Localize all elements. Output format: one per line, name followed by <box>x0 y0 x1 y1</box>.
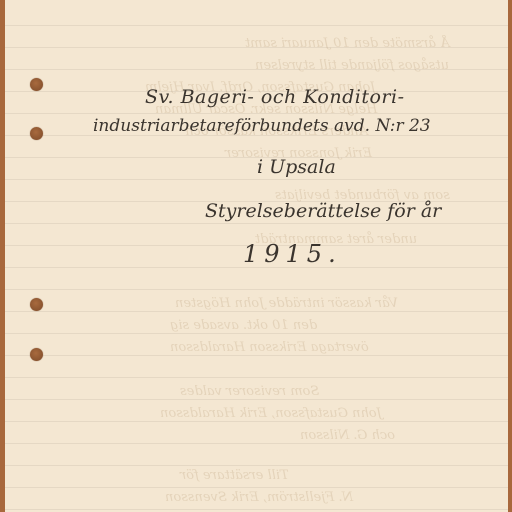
bleed-through-text: N. Fjellström, Erik Svensson <box>165 490 353 505</box>
ledger-page: Å årsmöte den 10 Januari samt utsågos fö… <box>5 0 508 512</box>
bleed-through-text: Vår kassör inträdde John Högsten <box>175 296 398 311</box>
bleed-through-text: den 10 okt. avsade sig <box>170 318 317 333</box>
bleed-through-text: John Gustafsson, Erik Haraldsson <box>160 406 382 421</box>
punch-hole <box>30 348 43 361</box>
bleed-through-text: och G. Nilsson <box>300 428 395 443</box>
heading-line-federation-section: industriarbetareförbundets avd. N:r 23 <box>93 116 431 136</box>
punch-hole <box>30 298 43 311</box>
bleed-through-text: Som revisorer valdes <box>180 384 319 399</box>
heading-line-city: i Upsala <box>257 156 336 178</box>
heading-line-year: 1915. <box>243 240 342 268</box>
punch-hole <box>30 127 43 140</box>
punch-hole <box>30 78 43 91</box>
bleed-through-text: övertaga Eriksson Haraldsson <box>170 340 369 355</box>
bleed-through-text: Å årsmöte den 10 Januari samt <box>245 36 450 51</box>
heading-line-report-title: Styrelseberättelse för år <box>205 200 441 222</box>
bleed-through-text: Till ersättare för <box>180 468 289 483</box>
bleed-through-text: utsågos följande till styrelsen <box>255 58 449 73</box>
heading-line-union-name: Sv. Bageri- och Konditori- <box>145 86 405 108</box>
